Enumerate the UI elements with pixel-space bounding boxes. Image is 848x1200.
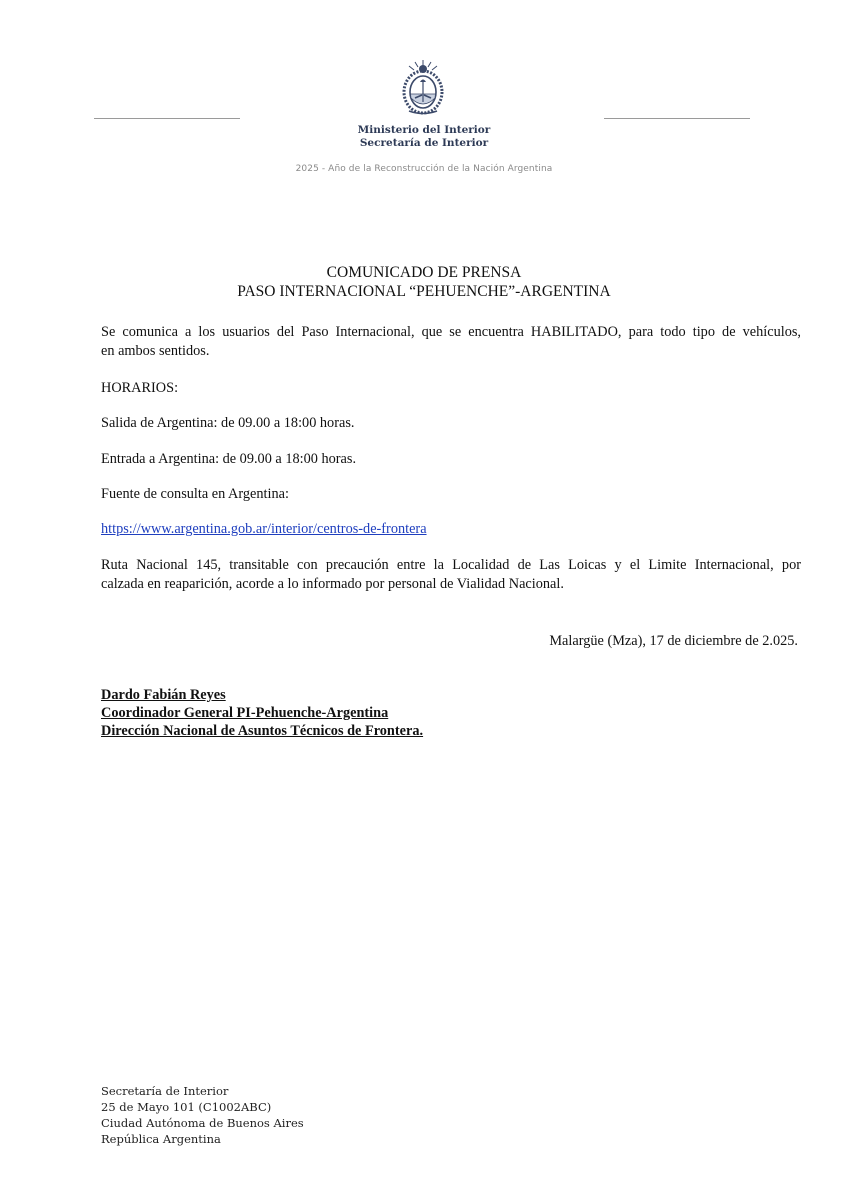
route-line-1: Ruta Nacional 145, transitable con preca… xyxy=(101,556,801,575)
argentina-coat-of-arms-icon xyxy=(399,58,447,116)
footer-address: Secretaría de Interior 25 de Mayo 101 (C… xyxy=(101,1083,304,1147)
intro-line-1: Se comunica a los usuarios del Paso Inte… xyxy=(101,323,801,342)
source-link[interactable]: https://www.argentina.gob.ar/interior/ce… xyxy=(101,521,427,537)
source-label: Fuente de consulta en Argentina: xyxy=(101,485,801,504)
source-link-container: https://www.argentina.gob.ar/interior/ce… xyxy=(101,520,801,539)
header-divider-left xyxy=(94,118,240,119)
route-line-2: calzada en reaparición, acorde a lo info… xyxy=(101,576,564,592)
header-divider-right xyxy=(604,118,750,119)
salida-schedule: Salida de Argentina: de 09.00 a 18:00 ho… xyxy=(101,414,801,433)
intro-line-2: en ambos sentidos. xyxy=(101,343,209,359)
secretariat-name: Secretaría de Interior xyxy=(0,137,848,150)
signatory-office: Dirección Nacional de Asuntos Técnicos d… xyxy=(101,722,423,740)
document-page: Ministerio del Interior Secretaría de In… xyxy=(0,0,848,1200)
route-paragraph: Ruta Nacional 145, transitable con preca… xyxy=(101,556,801,594)
signatory-name: Dardo Fabián Reyes xyxy=(101,686,226,704)
footer-line-2: 25 de Mayo 101 (C1002ABC) xyxy=(101,1099,304,1115)
intro-paragraph: Se comunica a los usuarios del Paso Inte… xyxy=(101,323,801,361)
ministry-name: Ministerio del Interior xyxy=(0,124,848,137)
footer-line-3: Ciudad Autónoma de Buenos Aires xyxy=(101,1115,304,1131)
footer-line-4: República Argentina xyxy=(101,1131,304,1147)
document-title: COMUNICADO DE PRENSA xyxy=(0,263,848,282)
document-subtitle: PASO INTERNACIONAL “PEHUENCHE”-ARGENTINA xyxy=(0,282,848,301)
year-motto: 2025 - Año de la Reconstrucción de la Na… xyxy=(0,164,848,174)
footer-line-1: Secretaría de Interior xyxy=(101,1083,304,1099)
signatory-role: Coordinador General PI-Pehuenche-Argenti… xyxy=(101,704,388,722)
entrada-schedule: Entrada a Argentina: de 09.00 a 18:00 ho… xyxy=(101,450,801,469)
horarios-label: HORARIOS: xyxy=(101,379,801,398)
date-line: Malargüe (Mza), 17 de diciembre de 2.025… xyxy=(101,632,798,651)
